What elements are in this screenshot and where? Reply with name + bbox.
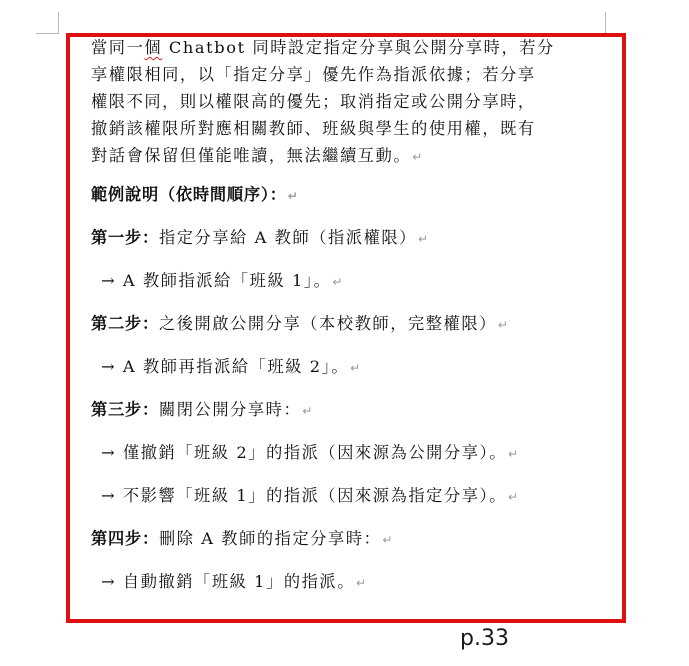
paragraph-mark-icon: ↵ <box>332 275 342 289</box>
step-label: 第三步： <box>91 400 159 419</box>
step-2-result-1: → A 教師再指派給「班級 2」。↵ <box>91 353 611 380</box>
step-text: 之後開啟公開分享（本校教師，完整權限） <box>159 314 497 333</box>
step-3-result-2: → 不影響「班級 1」的指派（因來源為指定分享）。↵ <box>91 482 611 509</box>
step-4: 第四步：刪除 A 教師的指定分享時：↵ <box>91 525 611 552</box>
document-body[interactable]: 當同一個 Chatbot 同時設定指定分享與公開分享時，若分 享權限相同，以「指… <box>91 34 611 595</box>
intro-line-4: 撤銷該權限所對應相關教師、班級與學生的使用權，既有 <box>91 115 611 142</box>
intro-line-3: 權限不同，則以權限高的優先；取消指定或公開分享時， <box>91 88 611 115</box>
paragraph-mark-icon: ↵ <box>350 361 360 375</box>
step-text: 指定分享給 A 教師（指派權限） <box>159 228 417 247</box>
margin-corner-mark-left-vertical <box>58 12 59 34</box>
intro-line-5: 對話會保留但僅能唯讀，無法繼續互動。↵ <box>91 142 611 169</box>
paragraph-mark-icon: ↵ <box>508 447 518 461</box>
step-label: 第二步： <box>91 314 159 333</box>
step-label: 第一步： <box>91 228 159 247</box>
paragraph-mark-icon: ↵ <box>302 404 312 418</box>
paragraph-mark-icon: ↵ <box>508 490 518 504</box>
margin-corner-mark-left-horizontal <box>36 33 59 34</box>
paragraph-mark-icon: ↵ <box>418 232 428 246</box>
step-4-result-1: → 自動撤銷「班級 1」的指派。↵ <box>91 568 611 595</box>
step-text: 刪除 A 教師的指定分享時： <box>159 529 381 548</box>
paragraph-mark-icon: ↵ <box>356 576 366 590</box>
step-label: 第四步： <box>91 529 159 548</box>
spellcheck-flagged-word[interactable]: 個 <box>144 38 162 57</box>
page-number-label: p.33 <box>460 626 509 651</box>
paragraph-mark-icon: ↵ <box>498 318 508 332</box>
intro-line-2: 享權限相同，以「指定分享」優先作為指派依據；若分享 <box>91 61 611 88</box>
step-3: 第三步：關閉公開分享時：↵ <box>91 396 611 423</box>
step-1: 第一步：指定分享給 A 教師（指派權限）↵ <box>91 224 611 251</box>
intro-line-1: 當同一個 Chatbot 同時設定指定分享與公開分享時，若分 <box>91 34 611 61</box>
step-text: 關閉公開分享時： <box>159 400 301 419</box>
step-1-result-1: → A 教師指派給「班級 1」。↵ <box>91 267 611 294</box>
margin-corner-mark-right-vertical <box>605 12 606 34</box>
step-2: 第二步：之後開啟公開分享（本校教師，完整權限）↵ <box>91 310 611 337</box>
paragraph-mark-icon: ↵ <box>288 189 298 203</box>
intro-paragraph[interactable]: 當同一個 Chatbot 同時設定指定分享與公開分享時，若分 享權限相同，以「指… <box>91 34 611 169</box>
step-3-result-1: → 僅撤銷「班級 2」的指派（因來源為公開分享）。↵ <box>91 439 611 466</box>
paragraph-mark-icon: ↵ <box>382 533 392 547</box>
example-heading: 範例說明（依時間順序）：↵ <box>91 181 611 208</box>
paragraph-mark-icon: ↵ <box>412 150 422 164</box>
